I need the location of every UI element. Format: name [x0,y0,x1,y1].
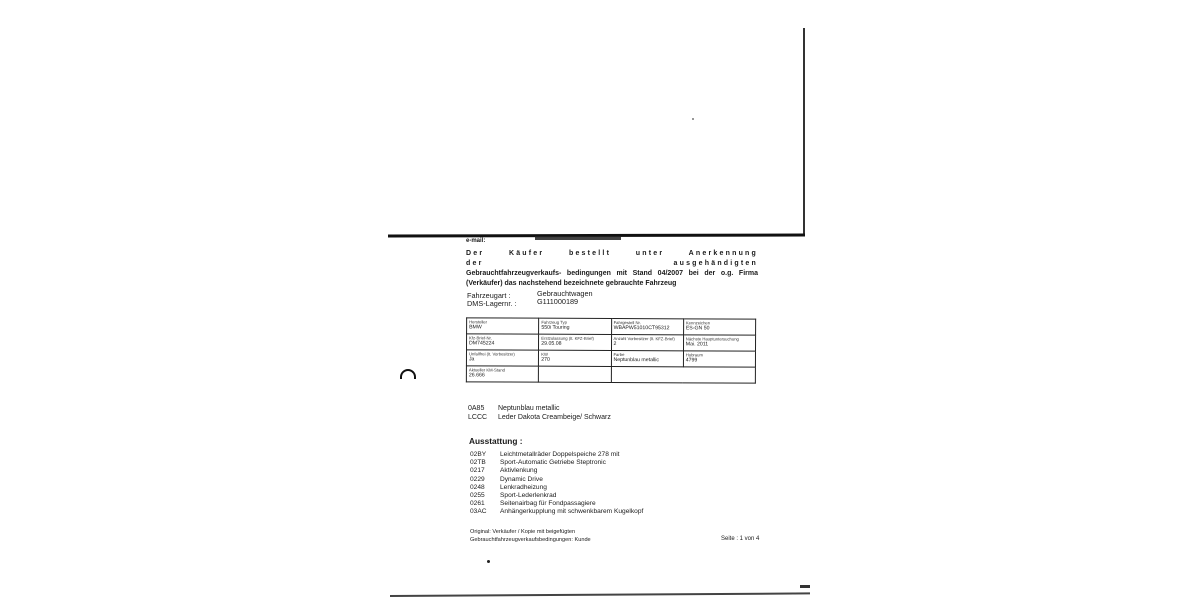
list-item: 0217Aktivlenkung [470,467,643,475]
color-code-list: 0A85Neptunblau metallic LCCCLeder Dakota… [468,404,611,422]
intro-line-1: Der Käufer bestellt unter Anerkennung de… [466,249,758,269]
intro-line-3: (Verkäufer) das nachstehend bezeichnete … [466,280,676,287]
equipment-heading: Ausstattung : [469,436,522,446]
scan-dot [487,560,490,563]
table-cell-first-registration: Erstzulassung (lt. KFZ-Brief)29.05.08 [539,334,611,350]
table-cell-plate: KennzeichenES-GN 50 [683,319,755,335]
table-cell-color: FarbeNeptunblau metallic [611,351,683,367]
list-item: 02BYLeichtmetallräder Doppelspeiche 278 … [470,451,643,459]
list-item: 0248Lenkradheizung [470,484,643,492]
table-row: HerstellerBMW Fahrzeug Typ550i Touring F… [467,318,756,335]
table-cell-empty-merged [611,366,756,383]
page-edge-line [803,28,805,236]
table-cell-previous-owners: Anzahl Vorbesitzer (lt. KFZ-Brief)2 [611,335,683,351]
table-cell-empty [539,366,611,382]
footer-line-1: Original: Verkäufer / Kopie mit beigefüg… [470,528,591,536]
page-number: Seite : 1 von 4 [721,536,759,542]
footer-line-2: Gebrauchtfahrzeugverkaufsbedingungen: Ku… [470,536,591,544]
intro-paragraph: Der Käufer bestellt unter Anerkennung de… [466,249,758,289]
table-cell-model: Fahrzeug Typ550i Touring [539,318,611,334]
list-item: 02TBSport-Automatic Getriebe Steptronic [470,459,643,467]
scan-dot [692,118,694,120]
page-bottom-edge [390,592,810,596]
scan-artifact-arc [400,369,416,379]
table-row: Unfallfrei (lt. Vorbesitzer)Ja KW270 Far… [466,350,755,367]
list-item: 0255Sport-Lederlenkrad [470,492,643,500]
dms-number-label: DMS-Lagernr. : [467,299,516,308]
list-item: 0A85Neptunblau metallic [468,404,611,413]
table-cell-manufacturer: HerstellerBMW [467,318,539,334]
list-item: LCCCLeder Dakota Creambeige/ Schwarz [468,413,611,422]
dms-number-value: G111000189 [537,297,578,306]
table-row: Kfz-Brief-Nr.DM745224 Erstzulassung (lt.… [467,334,756,351]
equipment-list: 02BYLeichtmetallräder Doppelspeiche 278 … [470,451,643,517]
intro-line-2: Gebrauchtfahrzeugverkaufs- bedingungen m… [466,269,758,279]
table-cell-accident-free: Unfallfrei (lt. Vorbesitzer)Ja [466,350,538,366]
table-cell-mileage: Aktueller KM-Stand26.666 [466,366,538,382]
list-item: 0261Seitenairbag für Fondpassagiere [470,500,643,508]
table-cell-displacement: Hubraum4799 [683,351,755,367]
table-cell-next-inspection: Nächste HauptuntersuchungMai. 2011 [683,335,755,351]
redacted-text [535,236,621,240]
list-item: 0229Dynamic Drive [470,476,643,484]
page-corner-mark [800,585,810,588]
table-row: Aktueller KM-Stand26.666 [466,366,755,383]
list-item: 03ACAnhängerkupplung mit schwenkbarem Ku… [470,508,643,516]
footer-note: Original: Verkäufer / Kopie mit beigefüg… [470,528,591,544]
table-cell-kw: KW270 [539,350,611,366]
vehicle-details-table: HerstellerBMW Fahrzeug Typ550i Touring F… [466,317,756,383]
email-label: e-mail: [466,238,485,244]
table-cell-vin: Fahrgestell Nr.WBAPW51010CT95312 [611,319,683,335]
table-cell-registration-doc: Kfz-Brief-Nr.DM745224 [467,334,539,350]
